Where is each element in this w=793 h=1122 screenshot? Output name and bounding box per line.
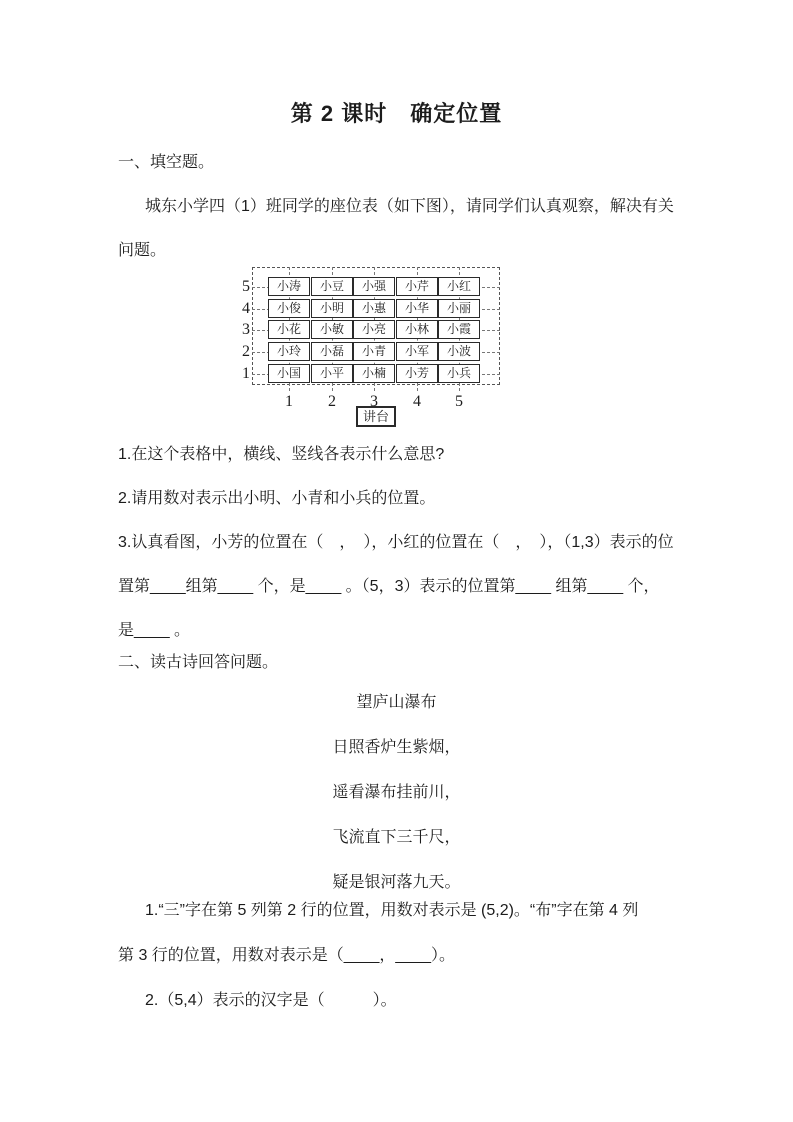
seat-r4c4: 小华 <box>396 299 438 318</box>
col-label-2: 2 <box>322 393 342 411</box>
col-label-1: 1 <box>279 393 299 411</box>
poem-line-3: 飞流直下三千尺， <box>0 827 793 849</box>
question-1: 1.在这个表格中，横线、竖线各表示什么意思? <box>118 444 444 466</box>
page-title: 第 2 课时 确定位置 <box>0 97 793 128</box>
row-label-1: 1 <box>236 365 250 383</box>
seating-chart: 5 4 3 2 1 小涛 小豆 小强 小芹 小红 小俊 小明 小惠 小华 小丽 … <box>240 262 525 437</box>
seat-r1c1: 小国 <box>268 364 310 383</box>
seat-r2c1: 小玲 <box>268 342 310 361</box>
seat-r3c2: 小敏 <box>311 320 353 339</box>
seat-r4c2: 小明 <box>311 299 353 318</box>
seat-r2c2: 小磊 <box>311 342 353 361</box>
poem-line-1: 日照香炉生紫烟， <box>0 737 793 759</box>
seat-r5c4: 小芹 <box>396 277 438 296</box>
worksheet-page: 第 2 课时 确定位置 一、填空题。 城东小学四（1）班同学的座位表（如下图），… <box>0 0 793 1122</box>
col-label-5: 5 <box>449 393 469 411</box>
section1-heading: 一、填空题。 <box>118 152 214 174</box>
section1-intro-line1: 城东小学四（1）班同学的座位表（如下图），请同学们认真观察，解决有关 <box>145 196 674 218</box>
seat-r3c3: 小亮 <box>353 320 395 339</box>
question-3-line-3: 是____ 。 <box>118 620 190 642</box>
poem-title: 望庐山瀑布 <box>0 692 793 714</box>
seat-r5c2: 小豆 <box>311 277 353 296</box>
seat-r3c1: 小花 <box>268 320 310 339</box>
seat-r4c3: 小惠 <box>353 299 395 318</box>
row-label-3: 3 <box>236 321 250 339</box>
seat-r3c4: 小林 <box>396 320 438 339</box>
seat-r1c2: 小平 <box>311 364 353 383</box>
seat-r1c3: 小楠 <box>353 364 395 383</box>
row-label-2: 2 <box>236 343 250 361</box>
seat-r4c1: 小俊 <box>268 299 310 318</box>
row-label-4: 4 <box>236 300 250 318</box>
seat-r1c4: 小芳 <box>396 364 438 383</box>
question-3-line-1: 3.认真看图，小芳的位置在（ ， ），小红的位置在（ ， ），（1,3）表示的位 <box>118 532 674 554</box>
section2-question-1-line-2: 第 3 行的位置，用数对表示是（____，____）。 <box>118 945 455 967</box>
section1-intro-line2: 问题。 <box>118 240 166 262</box>
col-label-4: 4 <box>407 393 427 411</box>
question-3-line-2: 置第____组第____ 个，是____ 。（5，3）表示的位置第____ 组第… <box>118 576 660 598</box>
seat-r5c5: 小红 <box>438 277 480 296</box>
podium-box: 讲台 <box>356 406 396 427</box>
seat-r5c1: 小涛 <box>268 277 310 296</box>
seat-r2c4: 小军 <box>396 342 438 361</box>
seat-r5c3: 小强 <box>353 277 395 296</box>
row-label-5: 5 <box>236 278 250 296</box>
seat-r2c3: 小青 <box>353 342 395 361</box>
section2-question-2: 2.（5,4）表示的汉字是（ ）。 <box>145 990 397 1012</box>
poem-line-2: 遥看瀑布挂前川， <box>0 782 793 804</box>
section2-heading: 二、读古诗回答问题。 <box>118 652 278 674</box>
seat-r3c5: 小霞 <box>438 320 480 339</box>
question-2: 2.请用数对表示出小明、小青和小兵的位置。 <box>118 488 435 510</box>
poem-line-4: 疑是银河落九天。 <box>0 872 793 894</box>
seat-r1c5: 小兵 <box>438 364 480 383</box>
seat-r2c5: 小波 <box>438 342 480 361</box>
section2-question-1-line-1: 1.“三”字在第 5 列第 2 行的位置，用数对表示是 (5,2)。“布”字在第… <box>145 900 638 922</box>
seat-r4c5: 小丽 <box>438 299 480 318</box>
